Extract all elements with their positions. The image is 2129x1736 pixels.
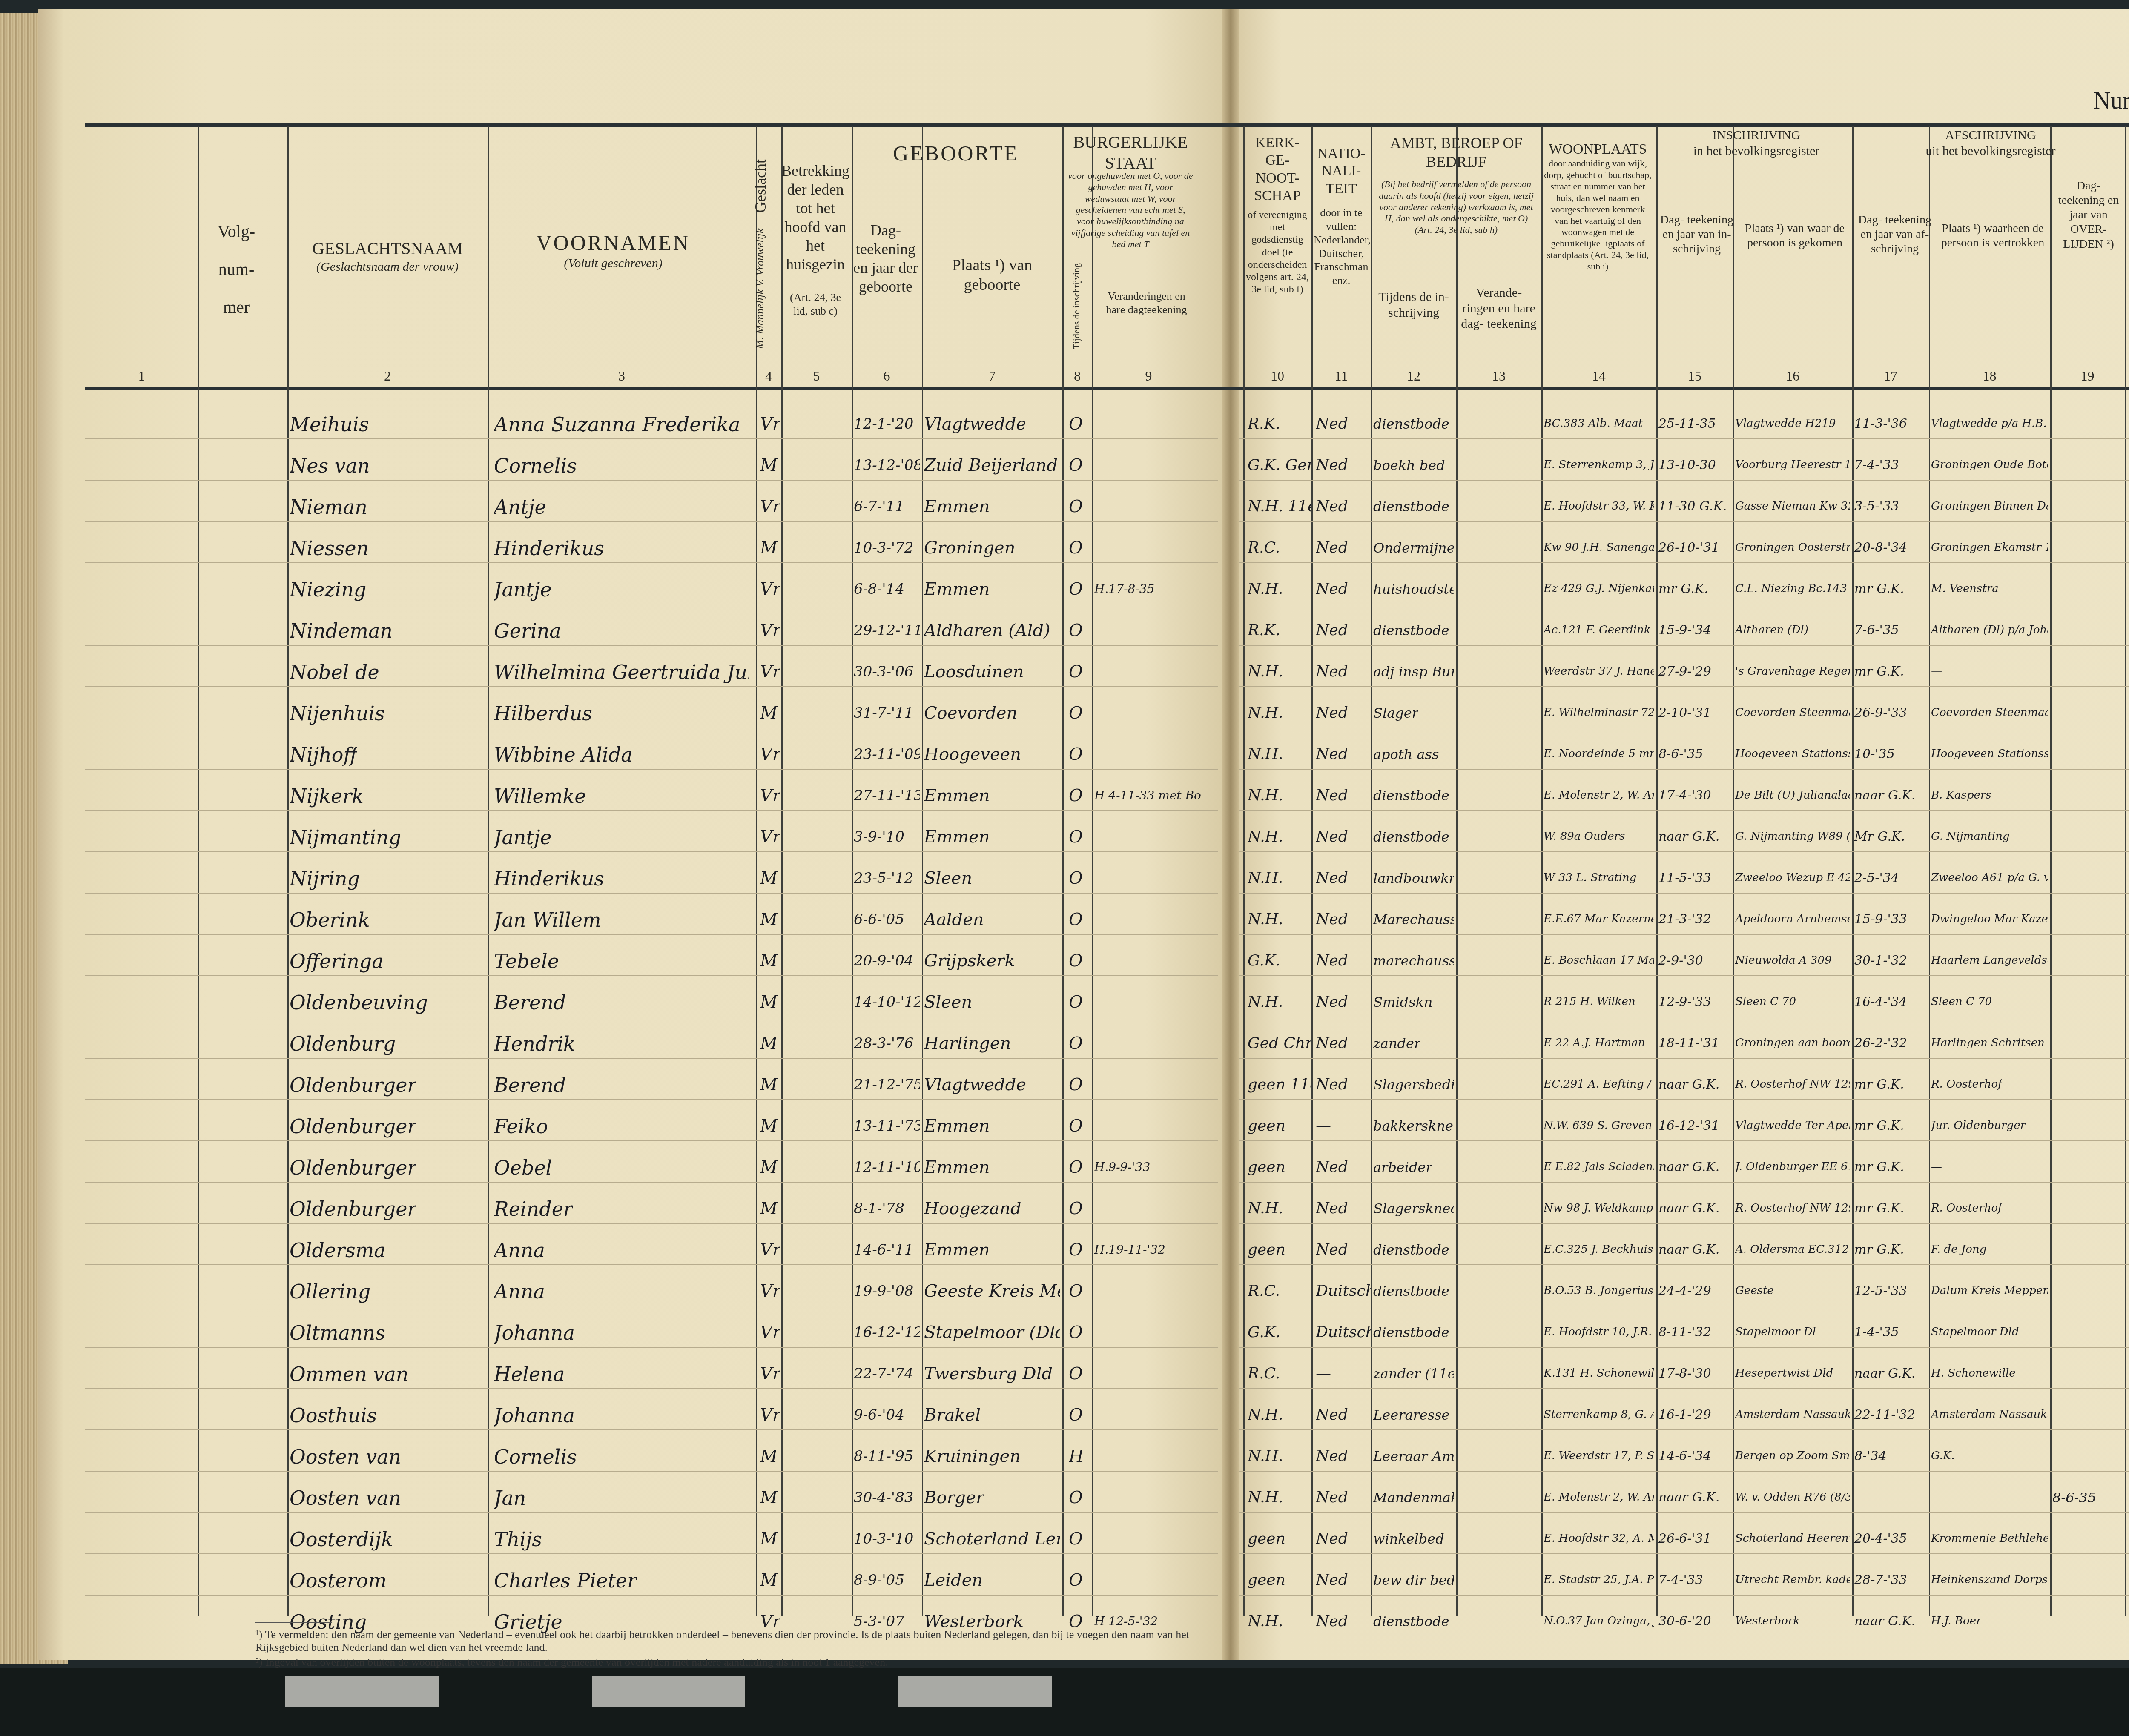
row-rule — [85, 1553, 1218, 1554]
cell-church: geen — [1248, 1117, 1285, 1134]
row-rule — [85, 1017, 1218, 1017]
cell-in-date: 26-10-'31 — [1658, 540, 1719, 555]
row-rule — [1239, 1182, 2129, 1183]
row-rule — [85, 562, 1218, 563]
column-number: 2 — [287, 368, 488, 384]
row-rule — [1239, 1553, 2129, 1554]
cell-birth: 14-6-'11 — [854, 1241, 913, 1258]
cell-sex: Vr — [760, 497, 780, 516]
cell-church: N.H. — [1248, 1200, 1283, 1217]
cell-to: Harlingen Schritsen no 62 aan boord — [1931, 1037, 2048, 1049]
book-gutter — [1222, 9, 1239, 1660]
cell-in-date: 16-12-'31 — [1658, 1118, 1719, 1133]
cell-given: Hinderikus — [494, 867, 604, 890]
cell-residence: BC.383 Alb. Maat — [1544, 417, 1643, 430]
cell-church: geen 11e VT — [1248, 1076, 1311, 1093]
row-rule — [85, 769, 1218, 770]
cell-nat: Ned — [1316, 1489, 1348, 1506]
cell-residence: K.131 H. Schonewille — [1544, 1367, 1654, 1380]
cell-surname: Nobel de — [290, 661, 379, 684]
cell-residence: E. Hoofdstr 10, J.R. Hospers — [1544, 1326, 1654, 1338]
cell-to: Sleen C 70 — [1931, 995, 1992, 1008]
cell-from: Groningen Oosterstr 13A — [1735, 541, 1850, 554]
cell-civil: O — [1069, 868, 1083, 888]
cell-birthplace: Emmen — [924, 1157, 990, 1177]
cell-to: Hoogeveen Stationsstr no 37 — [1931, 748, 2048, 760]
column-divider — [852, 126, 853, 1616]
cell-birth: 16-12-'12 — [854, 1324, 920, 1341]
row-rule — [85, 810, 1218, 811]
header-geboorte-datum: Dag- teekening en jaar der geboorte — [852, 221, 920, 296]
cell-birth: 22-7-'74 — [854, 1365, 913, 1382]
cell-nat: Ned — [1316, 704, 1348, 722]
cell-given: Feiko — [494, 1115, 548, 1138]
cell-in-date: naar G.K. — [1658, 1077, 1719, 1092]
cell-birthplace: Loosduinen — [924, 662, 1024, 682]
cell-nat: Ned — [1316, 663, 1348, 680]
cell-church: N.H. — [1248, 911, 1283, 928]
cell-in-date: 25-11-35 — [1658, 416, 1716, 431]
cell-birthplace: Groningen — [924, 538, 1016, 558]
cell-birthplace: Geeste Kreis Meppen (Dld) — [924, 1281, 1060, 1301]
cell-given: Hendrik — [494, 1032, 575, 1055]
cell-residence: E. Sterrenkamp 3, J. Gossen — [1544, 458, 1654, 471]
cell-nat: Ned — [1316, 415, 1348, 433]
cell-residence: N.O.37 Jan Ozinga, Juli 1928, 43 — [1544, 1615, 1654, 1627]
cell-sex: Vr — [760, 1281, 780, 1301]
cell-to: R. Oosterhof — [1931, 1078, 2002, 1091]
cell-in-date: 21-3-'32 — [1658, 912, 1711, 927]
cell-sex: Vr — [760, 1323, 780, 1342]
cell-sex: M — [760, 455, 778, 475]
cell-occ: Slagersknecht — [1373, 1200, 1454, 1217]
cell-birthplace: Vlagtwedde — [924, 414, 1026, 434]
cell-occ: Mandenmaker — [1373, 1490, 1454, 1506]
cell-civil-change: H 12-5-'32 — [1094, 1614, 1158, 1628]
cell-out-date: mr G.K. — [1854, 1118, 1904, 1133]
cell-surname: Meihuis — [290, 413, 369, 436]
cell-nat: Duitsche — [1316, 1323, 1371, 1341]
cell-church: R.C. — [1248, 539, 1280, 556]
cell-sex: M — [760, 1034, 778, 1053]
cell-birth: 31-7-'11 — [854, 705, 913, 722]
cell-birthplace: Kruiningen — [924, 1447, 1021, 1466]
cell-in-date: 13-10-30 — [1658, 458, 1716, 473]
cell-given: Johanna — [494, 1321, 575, 1344]
row-rule — [85, 686, 1218, 687]
header-ambt: AMBT, BEROEP OF BEDRIJF — [1373, 134, 1539, 172]
column-number: 20 — [2125, 368, 2129, 384]
cell-birthplace: Aldharen (Ald) — [924, 621, 1050, 640]
cell-nat: Ned — [1316, 1158, 1348, 1176]
column-number: 3 — [488, 368, 756, 384]
cell-nat: Ned — [1316, 1200, 1348, 1217]
column-number: 16 — [1733, 368, 1852, 384]
header-bs-tijdens: Tijdens de inschrijving — [1071, 263, 1082, 349]
cell-occ: Smidskn — [1373, 994, 1432, 1010]
cell-to: Stapelmoor Dld — [1931, 1326, 2019, 1338]
cell-civil: O — [1069, 1281, 1083, 1301]
footnote-2: ²) Ingeval van overlijden buiten de woon… — [255, 1656, 1192, 1669]
column-divider — [781, 126, 783, 1616]
cell-in-date: 7-4-'33 — [1658, 1573, 1703, 1587]
cell-out-date: Mr G.K. — [1854, 829, 1905, 844]
cell-occ: adj insp Bureelhuis — [1373, 664, 1454, 680]
row-rule — [1239, 1388, 2129, 1389]
cell-sex: M — [760, 1116, 778, 1136]
cell-nat: Ned — [1316, 456, 1348, 474]
row-rule — [1239, 1306, 2129, 1306]
cell-civil-change: H.9-9-'33 — [1094, 1160, 1150, 1174]
scale-block — [592, 1676, 745, 1707]
cell-in-date: 16-1-'29 — [1658, 1407, 1711, 1422]
column-divider — [1311, 126, 1313, 1616]
cell-civil: O — [1069, 1157, 1083, 1177]
cell-to: Groningen Ekamstr 13A — [1931, 541, 2048, 554]
cell-out-date: 12-5-'33 — [1854, 1283, 1907, 1298]
cell-to: Heinkenszand Dorpsstr A 117 — [1931, 1573, 2048, 1586]
cell-in-date: mr G.K. — [1658, 582, 1708, 596]
header-geslachtsnaam: GESLACHTSNAAM(Geslachtsnaam der vrouw) — [290, 238, 485, 275]
header-kerkgenootschap: KERK- GE- NOOT- SCHAPof vereeniging met … — [1245, 134, 1309, 296]
cell-residence: R 215 H. Wilken — [1544, 995, 1635, 1008]
cell-surname: Nieman — [290, 496, 367, 519]
cell-out-date: naar G.K. — [1854, 788, 1915, 803]
cell-birth: 13-12-'08 — [854, 457, 920, 474]
cell-nat: Ned — [1316, 539, 1348, 556]
cell-civil-change: H.19-11-'32 — [1094, 1243, 1165, 1257]
cell-occ: dienstbode — [1373, 1324, 1449, 1341]
cell-occ: landbouwkn — [1373, 870, 1454, 886]
cell-birthplace: Sleen — [924, 868, 972, 888]
cell-civil: O — [1069, 455, 1083, 475]
header-volgnummer: Volg-num-mer — [204, 221, 268, 318]
cell-residence: Ez 429 G.J. Nijenkamp — [1544, 582, 1654, 595]
cell-occ: Leeraresse Nijverheidsonderw. — [1373, 1407, 1454, 1423]
cell-to: Dalum Kreis Meppen Duitschland — [1931, 1284, 2048, 1297]
cell-civil: O — [1069, 992, 1083, 1012]
header-overlijden: Dag- teekening en jaar van OVER- LIJDEN … — [2052, 179, 2125, 252]
cell-to: M. Veenstra — [1931, 582, 1999, 595]
cell-birth: 3-9-'10 — [854, 828, 904, 845]
row-rule — [1239, 1429, 2129, 1430]
cell-surname: Oberink — [290, 908, 370, 931]
cell-to: — — [1931, 1160, 1942, 1173]
cell-surname: Nijhoff — [290, 743, 357, 766]
cell-civil: O — [1069, 1364, 1083, 1384]
cell-church: G.K. Gem.Geref.Chr. — [1248, 456, 1311, 474]
cell-nat: Ned — [1316, 828, 1348, 845]
row-rule — [85, 645, 1218, 646]
scale-block — [898, 1676, 1052, 1707]
header-woonplaats: WOONPLAATSdoor aanduiding van wijk, dorp… — [1544, 140, 1652, 272]
cell-occ: Leeraar Ambachtsch. — [1373, 1448, 1454, 1464]
cell-nat: Ned — [1316, 1447, 1348, 1465]
sheet-number-label: Nummer van het blad — [2093, 87, 2129, 115]
cell-occ: Slager — [1373, 705, 1418, 721]
cell-residence: N.W. 639 S. Greven — [1544, 1119, 1652, 1132]
cell-birth: 10-3-'10 — [854, 1530, 913, 1547]
cell-civil: O — [1069, 786, 1083, 805]
cell-surname: Oldenburger — [290, 1156, 416, 1179]
column-divider — [1371, 126, 1372, 1616]
cell-nat: Ned — [1316, 1241, 1348, 1258]
cell-occ: zander — [1373, 1035, 1420, 1051]
footnote-1: ¹) Te vermelden: den naam der gemeente v… — [255, 1628, 1192, 1654]
cell-in-date: 2-10-'31 — [1658, 705, 1711, 720]
cell-surname: Oldenburger — [290, 1074, 416, 1097]
row-rule — [1239, 1264, 2129, 1265]
cell-in-date: 26-6-'31 — [1658, 1531, 1711, 1546]
cell-from: Voorburg Heerestr 103 — [1735, 458, 1850, 471]
cell-civil: O — [1069, 1034, 1083, 1053]
cell-from: Vlagtwedde H219 — [1735, 417, 1836, 430]
cell-in-date: 30-6-'20 — [1658, 1614, 1711, 1629]
column-divider — [198, 126, 199, 1616]
cell-from: A. Oldersma EC.312 (7/28) — [1735, 1243, 1850, 1256]
cell-out-date: mr G.K. — [1854, 664, 1904, 679]
cell-birthplace: Harlingen — [924, 1034, 1011, 1053]
cell-birthplace: Emmen — [924, 579, 990, 599]
cell-out-date: naar G.K. — [1854, 1614, 1915, 1629]
cell-out-date: 16-4-'34 — [1854, 994, 1907, 1009]
cell-birth: 30-3-'06 — [854, 663, 913, 680]
cell-surname: Niessen — [290, 537, 369, 560]
column-number: 17 — [1852, 368, 1929, 384]
cell-from: Groningen aan boord — [1735, 1037, 1850, 1049]
header-burgerlijke-staat: BURGERLIJKE STAAT — [1067, 132, 1194, 174]
cell-to: Dwingeloo Mar Kazerne Rhee 102 — [1931, 913, 2048, 925]
cell-to: Krommenie Bethlehem 19 — [1931, 1532, 2048, 1545]
cell-residence: E.C.325 J. Beckhuis Juli 1928 — [1544, 1243, 1654, 1256]
cell-out-date: mr G.K. — [1854, 1201, 1904, 1216]
cell-surname: Oosterdijk — [290, 1528, 393, 1551]
row-rule — [1239, 810, 2129, 811]
column-divider — [2125, 126, 2126, 1616]
cell-surname: Oosten van — [290, 1445, 401, 1468]
cell-given: Tebele — [494, 950, 559, 973]
cell-out-date: naar G.K. — [1854, 1366, 1915, 1381]
header-geslacht-mv: M. Mannelijk V. Vrouwelijk — [754, 229, 766, 349]
cell-nat: Ned — [1316, 1076, 1348, 1093]
cell-out-date: 1-4-'35 — [1854, 1325, 1899, 1340]
cell-church: geen — [1248, 1158, 1285, 1176]
cell-birth: 14-10-'12 — [854, 994, 920, 1011]
row-rule — [1239, 521, 2129, 522]
cell-from: Zweeloo Wezup E 42 — [1735, 871, 1850, 884]
cell-residence: Ac.121 F. Geerdink — [1544, 624, 1650, 636]
cell-civil: O — [1069, 827, 1083, 847]
cell-out-date: 22-11-'32 — [1854, 1407, 1915, 1422]
cell-surname: Oosterom — [290, 1569, 387, 1592]
column-number: 9 — [1092, 368, 1205, 384]
cell-to: G. Nijmanting — [1931, 830, 2010, 843]
cell-surname: Oldenburger — [290, 1197, 416, 1220]
row-rule — [85, 604, 1218, 604]
color-scale-bar — [0, 1668, 2129, 1736]
cell-sex: Vr — [760, 662, 780, 682]
cell-given: Johanna — [494, 1404, 575, 1427]
cell-from: 's Gravenhage Regentesselaan 115 — [1735, 665, 1850, 678]
header-betrekking: Betrekking der leden tot het hoofd van h… — [781, 162, 849, 318]
cell-occ: dienstbode — [1373, 1242, 1449, 1258]
cell-church: N.H. — [1248, 1447, 1283, 1465]
cell-residence: E.E.67 Mar Kazerne — [1544, 913, 1654, 925]
row-rule — [1239, 686, 2129, 687]
cell-out-date: 26-2-'32 — [1854, 1036, 1907, 1051]
row-rule — [85, 1223, 1218, 1224]
cell-residence: Nw 98 J. Weldkamp — [1544, 1202, 1653, 1215]
column-divider — [1852, 126, 1854, 1616]
cell-from: Utrecht Rembr. kade 57 — [1735, 1573, 1850, 1586]
cell-occ: dienstbode — [1373, 416, 1449, 432]
cell-birth: 29-12-'11 — [854, 622, 920, 639]
cell-given: Hilberdus — [494, 702, 592, 725]
cell-birth: 9-6-'04 — [854, 1407, 904, 1424]
header-dag-afschrijving: Dag- teekening en jaar van af- schrijvin… — [1856, 213, 1933, 256]
cell-birth: 5-3-'07 — [854, 1613, 904, 1630]
cell-to: R. Oosterhof — [1931, 1202, 2002, 1215]
cell-surname: Nijring — [290, 867, 360, 890]
cell-sex: M — [760, 1488, 778, 1507]
column-number: 10 — [1243, 368, 1311, 384]
cell-sex: M — [760, 538, 778, 558]
cell-residence: E. Hoofdstr 32, A. Meester — [1544, 1532, 1654, 1545]
cell-out-date: 10-'35 — [1854, 747, 1895, 762]
cell-to: Zweeloo A61 p/a G. van Oeveren — [1931, 871, 2048, 884]
column-divider — [1456, 126, 1458, 1616]
cell-out-date: mr G.K. — [1854, 1242, 1904, 1257]
cell-birthplace: Emmen — [924, 497, 990, 516]
cell-birth: 30-4-'83 — [854, 1489, 913, 1506]
cell-to: H.J. Boer — [1931, 1615, 1981, 1627]
cell-civil: O — [1069, 1405, 1083, 1425]
cell-from: Geeste — [1735, 1284, 1774, 1297]
cell-given: Jantje — [494, 578, 551, 601]
column-number: 7 — [922, 368, 1062, 384]
cell-given: Jan — [494, 1487, 526, 1510]
cell-to: Jur. Oldenburger — [1931, 1119, 2026, 1132]
cell-from: Stapelmoor Dl — [1735, 1326, 1816, 1338]
cell-in-date: 2-9-'30 — [1658, 953, 1703, 968]
cell-given: Antje — [494, 496, 546, 519]
cell-from: Schoterland Heerenveen 16 — [1735, 1532, 1850, 1545]
column-number: 15 — [1656, 368, 1733, 384]
column-number: 4 — [756, 368, 781, 384]
cell-in-date: naar G.K. — [1658, 1490, 1719, 1505]
cell-birthplace: Emmen — [924, 1116, 990, 1136]
cell-birth: 6-6-'05 — [854, 911, 904, 928]
cell-in-date: 17-8-'30 — [1658, 1366, 1711, 1381]
cell-sex: Vr — [760, 414, 780, 434]
cell-residence: E. Hoofdstr 33, W. Koornstra — [1544, 500, 1654, 513]
cell-residence: E. Weerdstr 17, P. Sander — [1544, 1450, 1654, 1462]
cell-birth: 12-11-'10 — [854, 1159, 920, 1176]
cell-surname: Niezing — [290, 578, 366, 601]
column-number: 1 — [85, 368, 198, 384]
cell-residence: E E.82 Jals Scladenberg — [1544, 1160, 1654, 1173]
cell-birth: 6-8-'14 — [854, 581, 904, 598]
cell-nat: Ned — [1316, 1406, 1348, 1424]
cell-occ: dienstbode — [1373, 1613, 1449, 1630]
column-divider — [1733, 126, 1734, 1616]
cell-civil: O — [1069, 1116, 1083, 1136]
cell-birthplace: Zuid Beijerland — [924, 455, 1058, 475]
row-rule — [1239, 562, 2129, 563]
row-rule — [1239, 728, 2129, 728]
row-rule — [85, 1306, 1218, 1306]
cell-church: geen — [1248, 1530, 1285, 1547]
column-divider — [2050, 126, 2052, 1616]
cell-birthplace: Hoogeveen — [924, 745, 1021, 764]
cell-in-date: 15-9-'34 — [1658, 623, 1711, 638]
cell-church: N.H. — [1248, 1406, 1283, 1424]
cell-civil: O — [1069, 579, 1083, 599]
row-rule — [85, 934, 1218, 935]
cell-given: Reinder — [494, 1197, 573, 1220]
cell-sex: Vr — [760, 1364, 780, 1384]
cell-church: geen — [1248, 1571, 1285, 1589]
cell-surname: Oldersma — [290, 1239, 386, 1262]
column-number: 18 — [1929, 368, 2050, 384]
cell-in-date: 12-9-'33 — [1658, 994, 1711, 1009]
cell-sex: M — [760, 1570, 778, 1590]
cell-surname: Ollering — [290, 1280, 370, 1303]
header-bottom-rule — [85, 387, 2129, 390]
cell-occ: boekh bed — [1373, 457, 1445, 473]
cell-sex: M — [760, 951, 778, 971]
cell-in-date: 27-9-'29 — [1658, 664, 1711, 679]
row-rule — [85, 1595, 1218, 1596]
cell-church: N.H. — [1248, 663, 1283, 680]
cell-occ: huishoudster — [1373, 581, 1454, 597]
cell-civil: O — [1069, 414, 1083, 434]
cell-to: G.K. — [1931, 1450, 1955, 1462]
cell-civil: O — [1069, 497, 1083, 516]
header-geslacht: Geslacht — [752, 159, 769, 213]
cell-birth: 23-5-'12 — [854, 870, 913, 887]
header-ambt-veranderingen: Verande- ringen en hare dag- teekening — [1458, 285, 1539, 332]
cell-from: Nieuwolda A 309 — [1735, 954, 1832, 967]
cell-birthplace: Schoterland Lemsterl. — [924, 1529, 1060, 1549]
row-rule — [85, 1347, 1218, 1348]
cell-given: Wibbine Alida — [494, 743, 633, 766]
cell-civil-change: H.17-8-35 — [1094, 582, 1154, 596]
cell-residence: E. Wilhelminastr 72, J. Huizing — [1544, 706, 1654, 719]
cell-church: N.H. — [1248, 787, 1283, 804]
cell-residence: Sterrenkamp 8, G. Akkerman — [1544, 1408, 1654, 1421]
header-nationaliteit: NATIO- NALI- TEITdoor in te vullen: Nede… — [1314, 145, 1369, 287]
column-number: 19 — [2050, 368, 2125, 384]
cell-surname: Nindeman — [290, 619, 393, 642]
cell-occ: zander (11e T) — [1373, 1366, 1454, 1382]
cell-church: N.H. — [1248, 580, 1283, 598]
cell-from: G. Nijmanting W89 (8/35) — [1735, 830, 1850, 843]
cell-birth: 8-9-'05 — [854, 1572, 904, 1589]
row-rule — [85, 1140, 1218, 1141]
cell-sex: Vr — [760, 579, 780, 599]
cell-sex: Vr — [760, 745, 780, 764]
cell-church: R.K. — [1248, 415, 1280, 433]
cell-birthplace: Vlagtwedde — [924, 1075, 1026, 1094]
cell-nat: — — [1316, 1365, 1331, 1382]
cell-given: Cornelis — [494, 1445, 577, 1468]
column-divider — [922, 126, 923, 1616]
cell-civil: O — [1069, 703, 1083, 723]
cell-church: R.K. — [1248, 622, 1280, 639]
cell-given: Hinderikus — [494, 537, 604, 560]
cell-residence: E. Noordeinde 5 mr van H.J. Otten — [1544, 748, 1654, 760]
